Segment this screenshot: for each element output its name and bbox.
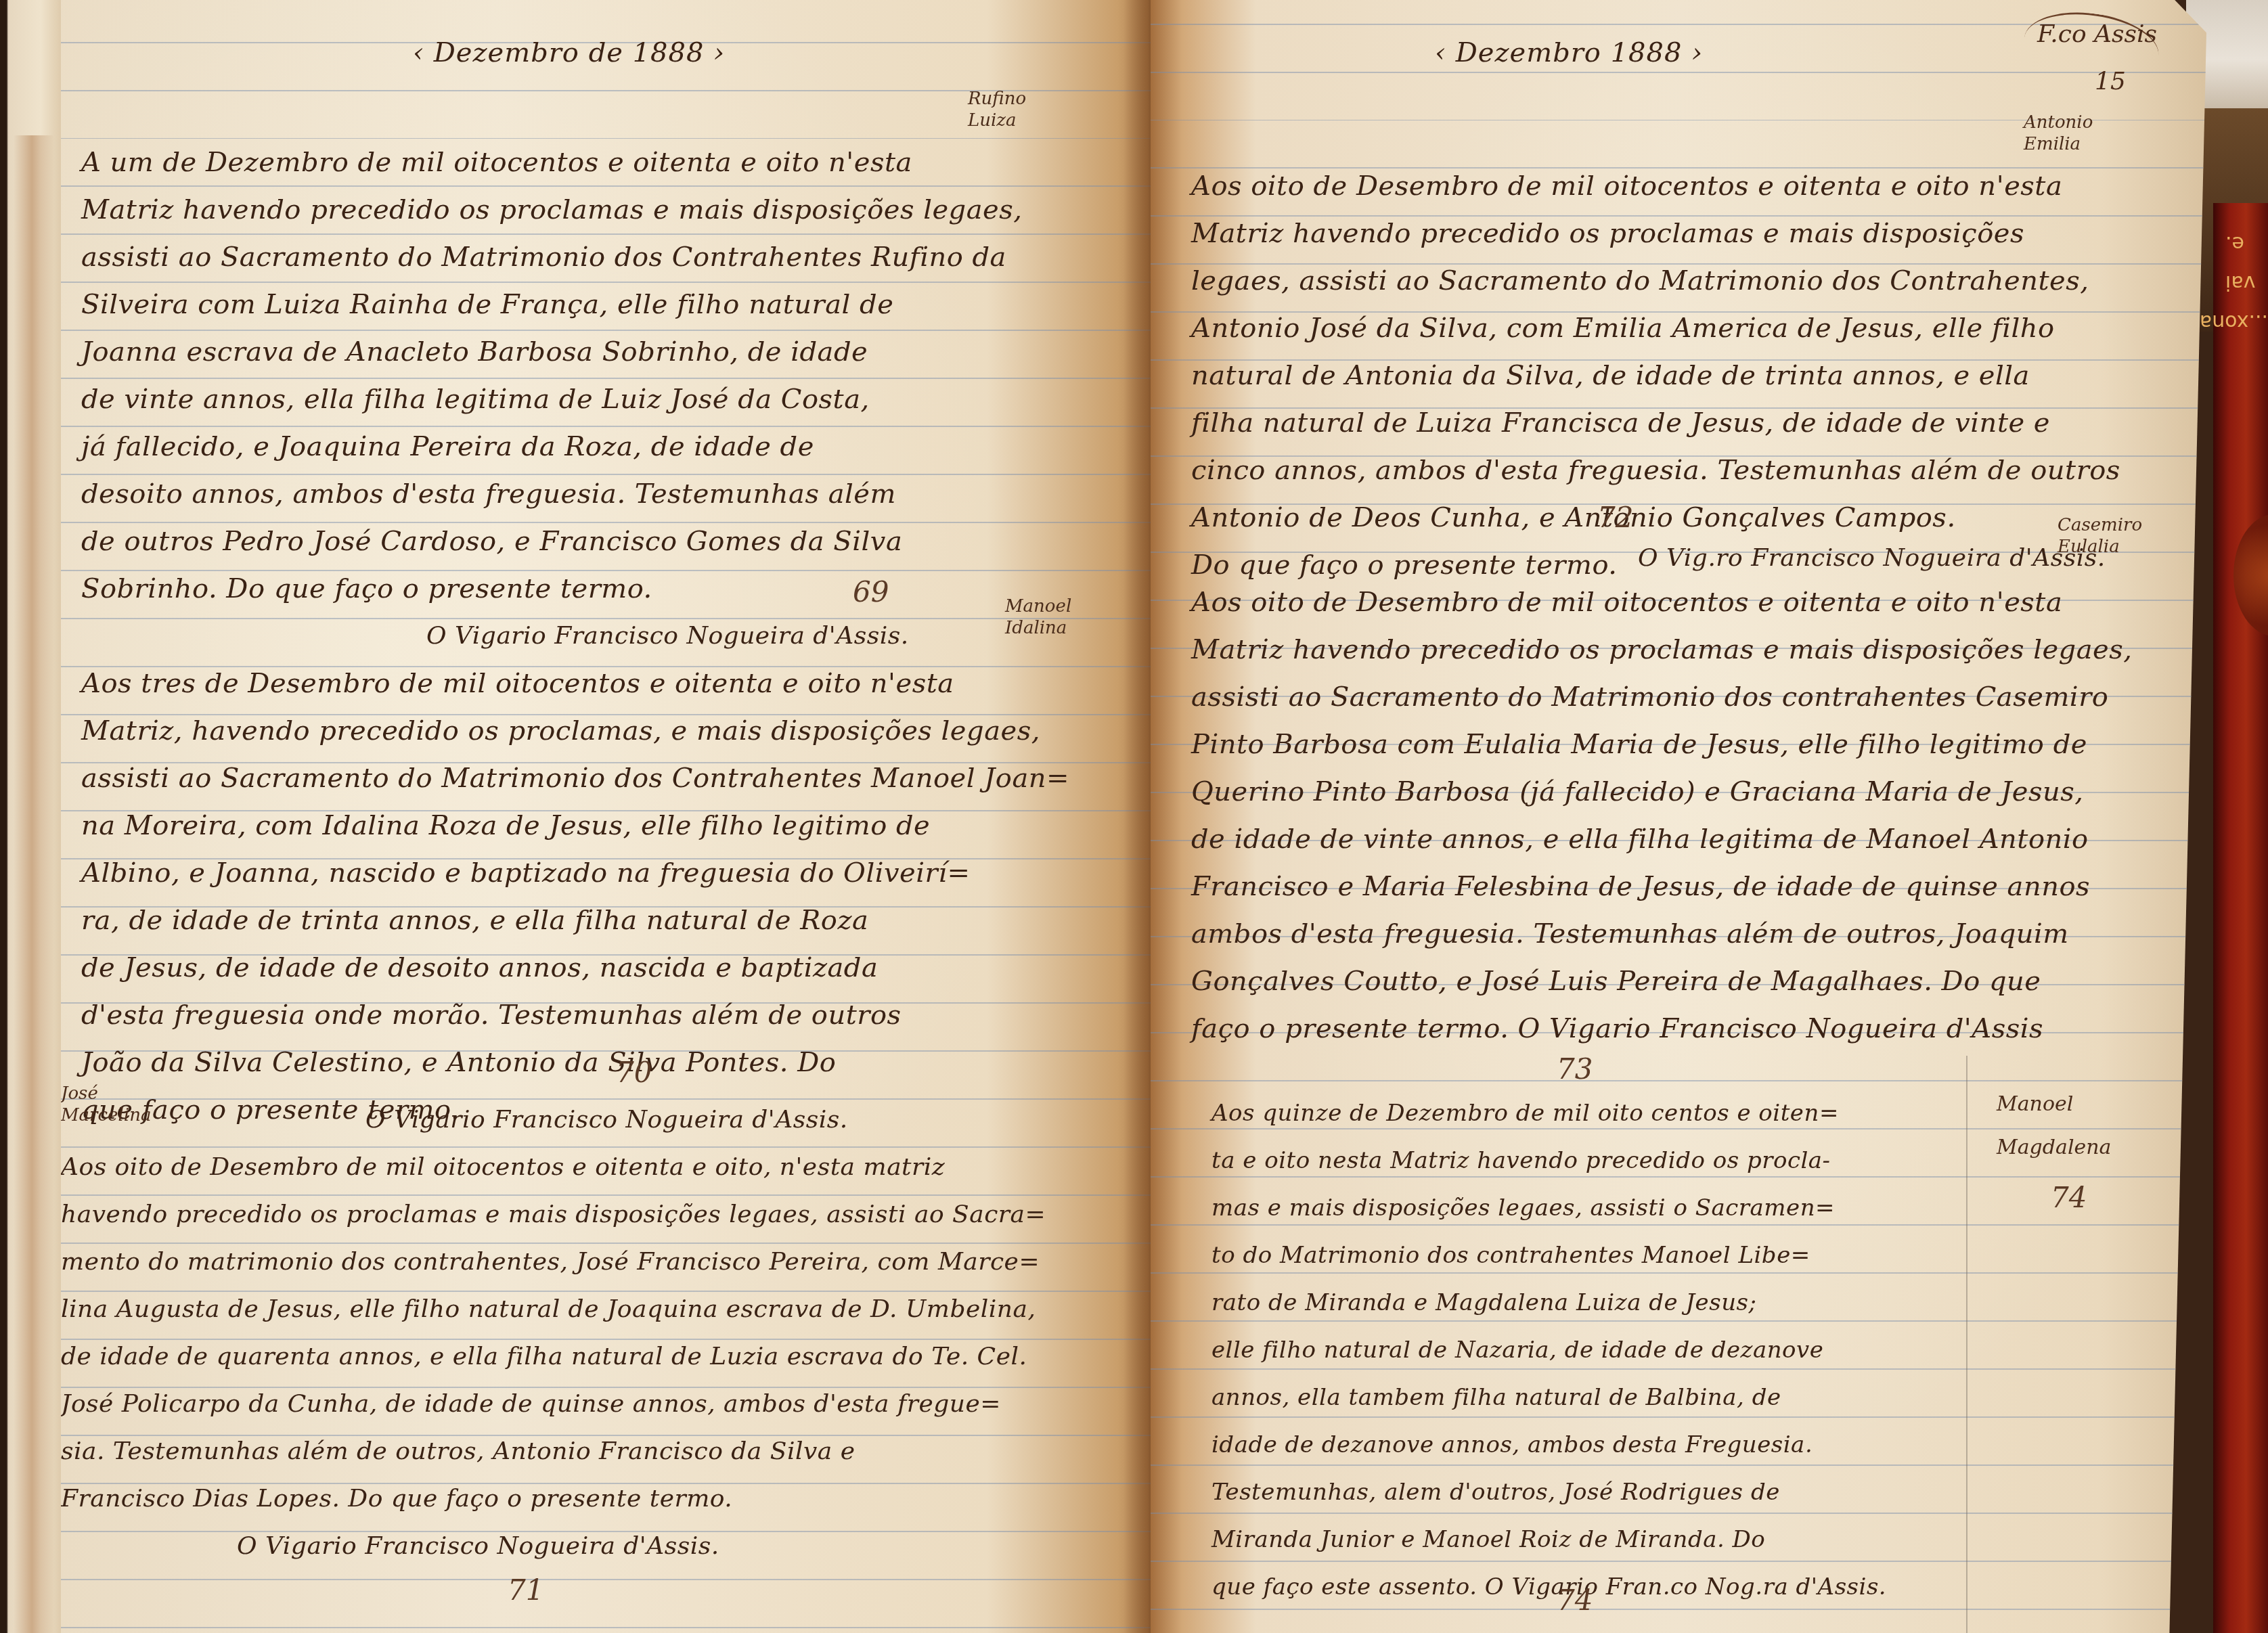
left-page-header: ‹ Dezembro de 1888 › — [413, 37, 725, 68]
entry-line: ra, de idade de trinta annos, e ella fil… — [81, 897, 1069, 944]
entry-71-text: Aos oito de Desembro de mil oitocentos e… — [61, 1144, 1046, 1523]
entry-line: José Policarpo da Cunha, de idade de qui… — [61, 1381, 1046, 1428]
entry-line: cinco annos, ambos d'esta freguesia. Tes… — [1191, 447, 2120, 494]
vicar-signature: O Vigario Francisco Nogueira d'Assis. — [237, 1523, 719, 1570]
entry-line: assisti ao Sacramento do Matrimonio dos … — [1191, 673, 2132, 721]
entry-line: João da Silva Celestino, e Antonio da Si… — [81, 1039, 1069, 1086]
entry-line: lina Augusta de Jesus, elle filho natura… — [61, 1286, 1046, 1333]
entry-line: de outros Pedro José Cardoso, e Francisc… — [81, 518, 1022, 565]
entry-line: filha natural de Luiza Francisca de Jesu… — [1191, 399, 2120, 447]
entry-72-text: Aos oito de Desembro de mil oitocentos e… — [1191, 162, 2120, 589]
margin-note-couple: Manoel Magdalena — [1997, 1083, 2111, 1169]
margin-note-couple: Casemiro Eulalia — [2058, 514, 2142, 558]
vicar-signature: O Vigario Francisco Nogueira d'Assis. — [365, 1096, 848, 1144]
entry-line: to do Matrimonio dos contrahentes Manoel… — [1211, 1232, 1886, 1279]
entry-line: Matriz havendo precedido os proclamas e … — [1191, 626, 2132, 673]
margin-rule — [1966, 1056, 1967, 1633]
right-page: ‹ Dezembro 1888 › F.co Assis 15 Antonio … — [1151, 0, 2206, 1633]
entry-line: Antonio José da Silva, com Emilia Americ… — [1191, 305, 2120, 352]
entry-line: Joanna escrava de Anacleto Barbosa Sobri… — [81, 328, 1022, 376]
entry-line: de idade de quarenta annos, e ella filha… — [61, 1333, 1046, 1381]
entry-70-text: Aos tres de Desembro de mil oitocentos e… — [81, 660, 1069, 1134]
entry-73-text: Aos oito de Desembro de mil oitocentos e… — [1191, 579, 2132, 1052]
entry-line: desoito annos, ambos d'esta freguesia. T… — [81, 470, 1022, 518]
entry-line: elle filho natural de Nazaria, de idade … — [1211, 1326, 1886, 1374]
entry-line: Aos oito de Desembro de mil oitocentos e… — [1191, 162, 2120, 210]
entry-line: Matriz havendo precedido os proclamas e … — [81, 186, 1022, 233]
left-page: ‹ Dezembro de 1888 › Rufino Luiza A um d… — [61, 0, 1151, 1633]
entry-line: Albino, e Joanna, nascido e baptizado na… — [81, 849, 1069, 897]
entry-line: idade de dezanove annos, ambos desta Fre… — [1211, 1421, 1886, 1469]
entry-line: Matriz havendo precedido os proclamas e … — [1191, 210, 2120, 257]
entry-line: d'esta freguesia onde morão. Testemunhas… — [81, 991, 1069, 1039]
entry-69-text: A um de Dezembro de mil oitocentos e oit… — [81, 139, 1022, 612]
entry-line: Aos quinze de Dezembro de mil oito cento… — [1211, 1090, 1886, 1137]
entry-number: 72 — [1597, 501, 1633, 534]
entry-line: Gonçalves Coutto, e José Luis Pereira de… — [1191, 958, 2132, 1005]
entry-line: Miranda Junior e Manoel Roiz de Miranda.… — [1211, 1516, 1886, 1563]
entry-line: annos, ella tambem filha natural de Balb… — [1211, 1374, 1886, 1421]
page-edge-stain — [14, 135, 54, 1633]
vicar-signature: O Vigario Francisco Nogueira d'Assis. — [426, 612, 909, 660]
vicar-signature: O Vig.ro Francisco Nogueira d'Assis. — [1638, 535, 2106, 582]
margin-note-couple: Rufino Luiza — [968, 88, 1026, 131]
entry-number: 73 — [1557, 1052, 1593, 1086]
stamp-signature: F.co Assis — [2037, 20, 2157, 48]
entry-number: 74 — [1557, 1584, 1593, 1617]
margin-note-couple: José Marcelina — [61, 1083, 151, 1126]
entry-line: Matriz, havendo precedido os proclamas, … — [81, 707, 1069, 755]
entry-line: legaes, assisti ao Sacramento do Matrimo… — [1191, 257, 2120, 305]
entry-line: ambos d'esta freguesia. Testemunhas além… — [1191, 910, 2132, 958]
page-number: 15 — [2095, 68, 2126, 95]
background-book-text: ...xonar vai e. — [2225, 223, 2268, 341]
entry-line: A um de Dezembro de mil oitocentos e oit… — [81, 139, 1022, 186]
entry-line: Aos tres de Desembro de mil oitocentos e… — [81, 660, 1069, 707]
entry-line: ta e oito nesta Matriz havendo precedido… — [1211, 1137, 1886, 1184]
entry-number: 71 — [508, 1573, 543, 1607]
entry-line: de Jesus, de idade de desoito annos, nas… — [81, 944, 1069, 991]
entry-number: 69 — [853, 575, 889, 608]
entry-74-text: Aos quinze de Dezembro de mil oito cento… — [1211, 1090, 1886, 1611]
entry-line: Silveira com Luiza Rainha de França, ell… — [81, 281, 1022, 328]
entry-line: Querino Pinto Barbosa (já fallecido) e G… — [1191, 768, 2132, 815]
entry-line: mas e mais disposições legaes, assisti o… — [1211, 1184, 1886, 1232]
entry-line: havendo precedido os proclamas e mais di… — [61, 1191, 1046, 1238]
margin-note-couple: Antonio Emilia — [2024, 112, 2093, 155]
entry-line: assisti ao Sacramento do Matrimonio dos … — [81, 755, 1069, 802]
photo-scene: ...xonar vai e. ‹ Dezembro de 1888 › Ruf… — [0, 0, 2268, 1633]
entry-line: já fallecido, e Joaquina Pereira da Roza… — [81, 423, 1022, 470]
background-red-book-cover — [2213, 203, 2268, 1633]
entry-line: que faço este assento. O Vigario Fran.co… — [1211, 1563, 1886, 1611]
margin-note-couple: Manoel Idalina — [1005, 596, 1071, 639]
entry-line: assisti ao Sacramento do Matrimonio dos … — [81, 233, 1022, 281]
entry-line: mento do matrimonio dos contrahentes, Jo… — [61, 1238, 1046, 1286]
entry-line: de idade de vinte annos, e ella filha le… — [1191, 815, 2132, 863]
entry-line: de vinte annos, ella filha legitima de L… — [81, 376, 1022, 423]
entry-line: Pinto Barbosa com Eulalia Maria de Jesus… — [1191, 721, 2132, 768]
right-page-header: ‹ Dezembro 1888 › — [1435, 37, 1703, 68]
entry-line: Aos oito de Desembro de mil oitocentos e… — [1191, 579, 2132, 626]
entry-line: Francisco e Maria Felesbina de Jesus, de… — [1191, 863, 2132, 910]
margin-entry-number: 74 — [2051, 1181, 2087, 1214]
entry-line: Aos oito de Desembro de mil oitocentos e… — [61, 1144, 1046, 1191]
entry-line: sia. Testemunhas além de outros, Antonio… — [61, 1428, 1046, 1475]
entry-line: natural de Antonia da Silva, de idade de… — [1191, 352, 2120, 399]
entry-line: Testemunhas, alem d'outros, José Rodrigu… — [1211, 1469, 1886, 1516]
entry-number: 70 — [616, 1056, 652, 1089]
entry-line: na Moreira, com Idalina Roza de Jesus, e… — [81, 802, 1069, 849]
entry-line: Francisco Dias Lopes. Do que faço o pres… — [61, 1475, 1046, 1523]
entry-line: faço o presente termo. O Vigario Francis… — [1191, 1005, 2132, 1052]
entry-line: rato de Miranda e Magdalena Luiza de Jes… — [1211, 1279, 1886, 1326]
